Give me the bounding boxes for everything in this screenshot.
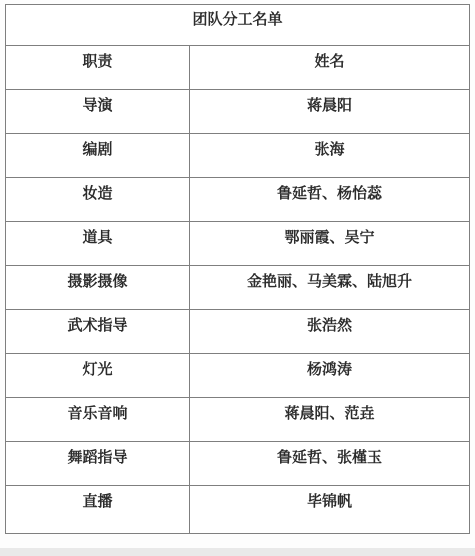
table-row: 编剧 张海	[6, 134, 470, 178]
bottom-edge-band	[0, 548, 475, 556]
name-cell: 鄂丽霞、吴宁	[190, 222, 470, 266]
role-cell: 导演	[6, 90, 190, 134]
name-cell: 蒋晨阳、范垚	[190, 398, 470, 442]
role-cell: 武术指导	[6, 310, 190, 354]
name-cell: 张海	[190, 134, 470, 178]
table-row: 音乐音响 蒋晨阳、范垚	[6, 398, 470, 442]
table-header-row: 职责 姓名	[6, 46, 470, 90]
table-row: 摄影摄像 金艳丽、马美霖、陆旭升	[6, 266, 470, 310]
column-header-name: 姓名	[190, 46, 470, 90]
table-row: 武术指导 张浩然	[6, 310, 470, 354]
role-cell: 摄影摄像	[6, 266, 190, 310]
page: 团队分工名单 职责 姓名 导演 蒋晨阳 编剧 张海 妆造 鲁延哲、杨怡蕊 道具 …	[0, 0, 475, 556]
column-header-role: 职责	[6, 46, 190, 90]
name-cell: 杨鸿涛	[190, 354, 470, 398]
role-cell: 灯光	[6, 354, 190, 398]
table-row: 舞蹈指导 鲁延哲、张槿玉	[6, 442, 470, 486]
table-row: 导演 蒋晨阳	[6, 90, 470, 134]
role-cell: 音乐音响	[6, 398, 190, 442]
name-cell: 蒋晨阳	[190, 90, 470, 134]
name-cell: 张浩然	[190, 310, 470, 354]
role-cell: 道具	[6, 222, 190, 266]
table-row: 道具 鄂丽霞、吴宁	[6, 222, 470, 266]
table-row: 妆造 鲁延哲、杨怡蕊	[6, 178, 470, 222]
name-cell: 鲁延哲、张槿玉	[190, 442, 470, 486]
table-title-row: 团队分工名单	[6, 5, 470, 46]
table-row: 直播 毕锦帆	[6, 486, 470, 534]
role-cell: 编剧	[6, 134, 190, 178]
name-cell: 毕锦帆	[190, 486, 470, 534]
name-cell: 金艳丽、马美霖、陆旭升	[190, 266, 470, 310]
role-cell: 舞蹈指导	[6, 442, 190, 486]
team-assignment-table: 团队分工名单 职责 姓名 导演 蒋晨阳 编剧 张海 妆造 鲁延哲、杨怡蕊 道具 …	[5, 4, 470, 534]
role-cell: 直播	[6, 486, 190, 534]
table-row: 灯光 杨鸿涛	[6, 354, 470, 398]
name-cell: 鲁延哲、杨怡蕊	[190, 178, 470, 222]
role-cell: 妆造	[6, 178, 190, 222]
table-title: 团队分工名单	[6, 5, 470, 46]
